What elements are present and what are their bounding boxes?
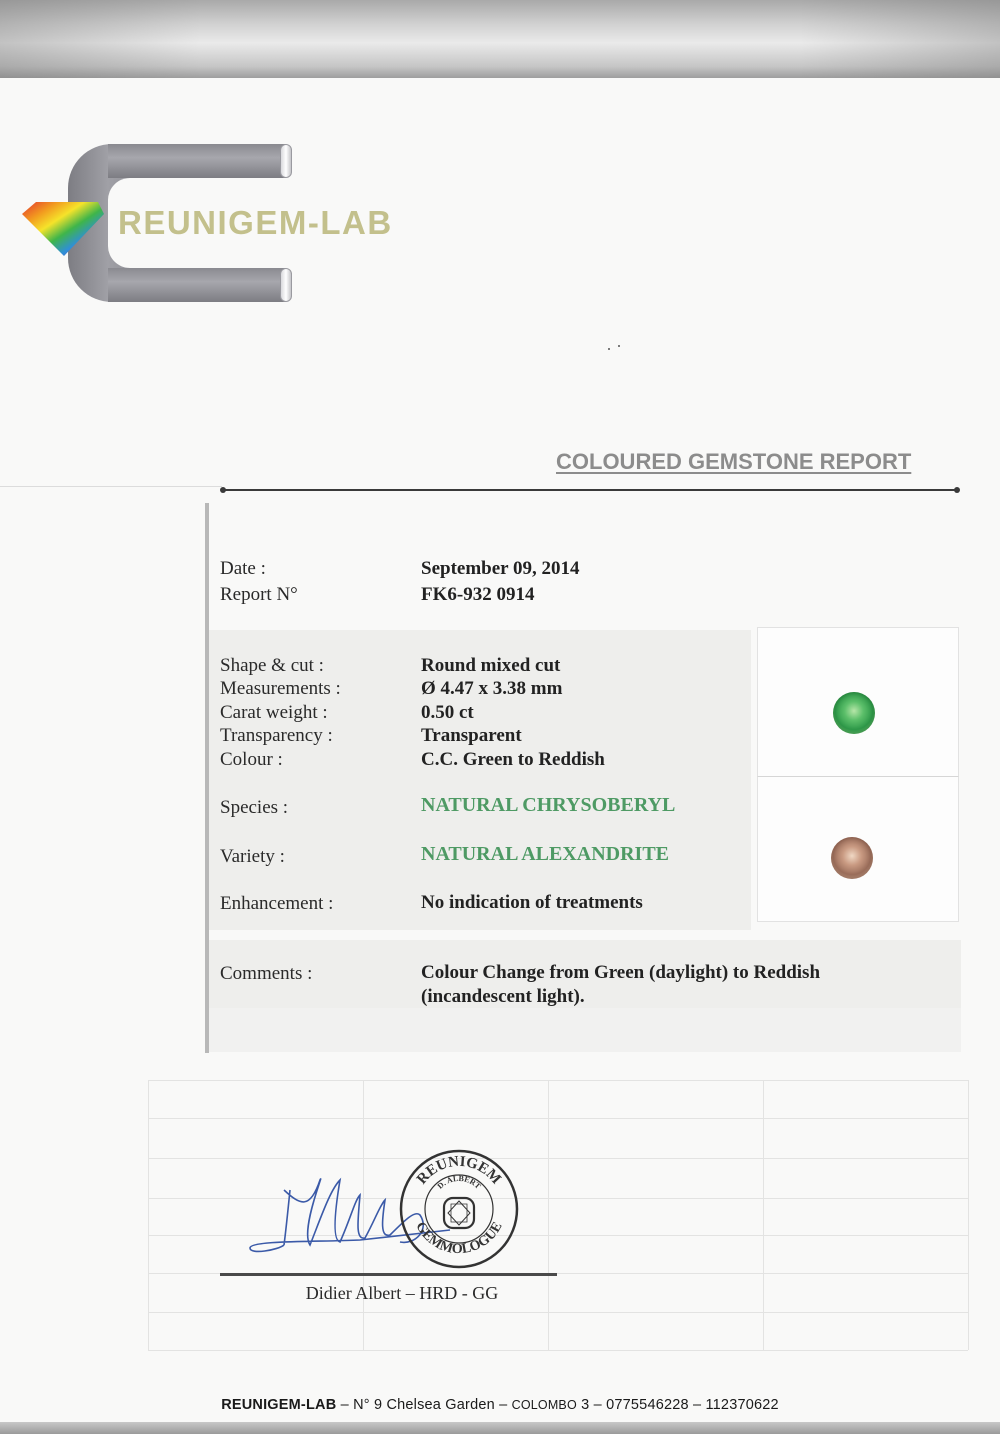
svg-text:D. ALBERT: D. ALBERT [436,1174,483,1191]
comments-line-1: Colour Change from Green (daylight) to R… [421,961,941,984]
colour-value: C.C. Green to Reddish [421,748,605,771]
enhancement-label: Enhancement : [220,892,333,915]
report-number-value: FK6-932 0914 [421,583,534,606]
variety-value: NATURAL ALEXANDRITE [421,843,669,866]
carat-label: Carat weight : [220,701,328,724]
report-title: COLOURED GEMSTONE REPORT [556,449,911,475]
signer-name: Didier Albert – HRD - GG [220,1283,584,1304]
variety-label: Variety : [220,845,285,868]
shape-label: Shape & cut : [220,654,324,677]
brand-logo: REUNIGEM-LAB [20,140,440,310]
title-rule [222,489,958,491]
colour-label: Colour : [220,748,283,771]
green-gem-image [833,692,875,734]
stone-photo-incandescent [757,776,959,922]
footer-brand: REUNIGEM-LAB [221,1397,336,1413]
signature-line [220,1273,557,1276]
rainbow-diamond-icon [22,200,104,256]
footer-street: – N° 9 Chelsea Garden – [336,1397,511,1413]
transparency-label: Transparency : [220,724,333,747]
measurements-label: Measurements : [220,677,341,700]
footer-phones: 3 – 0775546228 – 112370622 [577,1397,779,1413]
comments-line-2: (incandescent light). [421,985,941,1008]
footer-address: REUNIGEM-LAB – N° 9 Chelsea Garden – COL… [0,1397,1000,1413]
date-value: September 09, 2014 [421,557,580,580]
comments-label: Comments : [220,962,312,985]
species-label: Species : [220,796,288,819]
measurements-value: Ø 4.47 x 3.38 mm [421,677,562,700]
enhancement-value: No indication of treatments [421,891,643,914]
reddish-gem-image [831,837,873,879]
species-value: NATURAL CHRYSOBERYL [421,794,675,817]
footer-city: COLOMBO [512,1398,577,1412]
stone-photo-daylight [757,627,959,777]
report-number-label: Report N° [220,583,298,606]
carat-value: 0.50 ct [421,701,474,724]
shape-value: Round mixed cut [421,654,560,677]
date-label: Date : [220,557,266,580]
gemmologist-stamp: REUNIGEM D. ALBERT GEMMOLOGUE [398,1148,520,1270]
paper-fold [0,486,222,487]
scan-top-band [0,0,1000,78]
transparency-value: Transparent [421,724,522,747]
brand-name: REUNIGEM-LAB [118,204,393,242]
scan-bottom-band [0,1422,1000,1434]
